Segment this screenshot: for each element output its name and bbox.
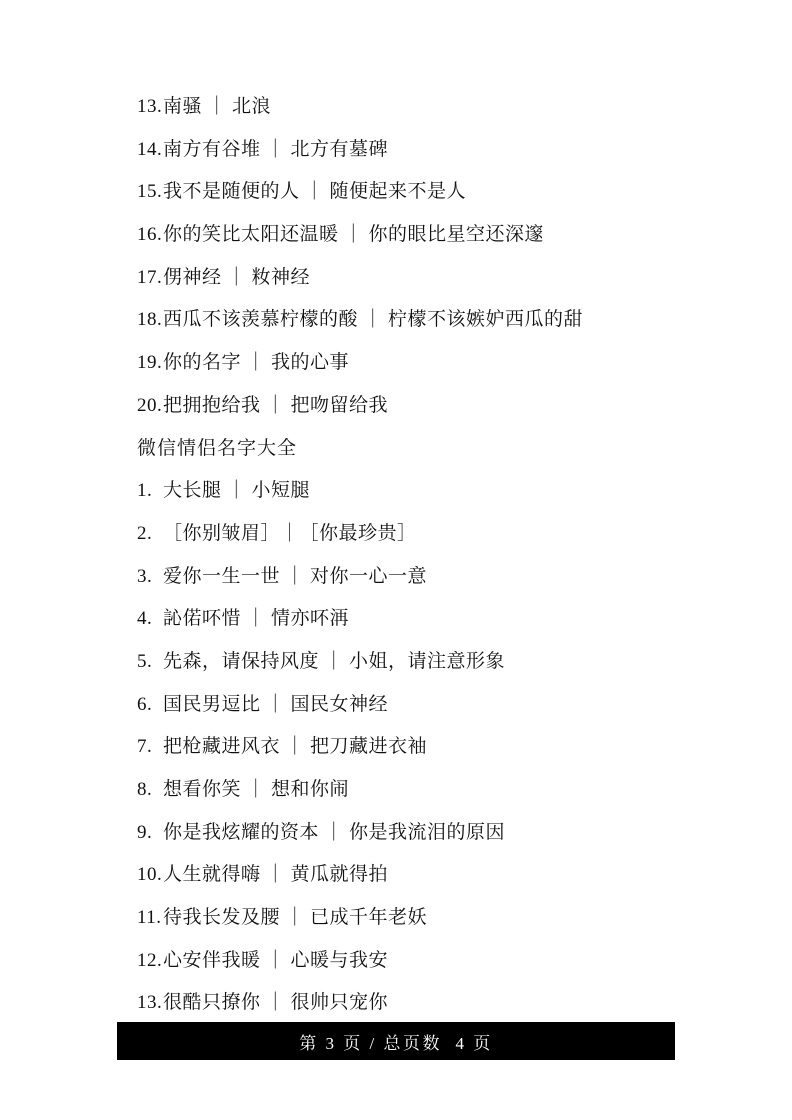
list-item: 8. 想看你笑 ｜ 想和你闹	[137, 779, 742, 801]
list-item-text: 你是我炫耀的资本 ｜ 你是我流泪的原因	[163, 822, 505, 844]
list-item: 5. 先森，请保持风度 ｜ 小姐，请注意形象	[137, 651, 742, 673]
list-item-number: 6.	[137, 694, 163, 716]
list-item-number: 5.	[137, 651, 163, 673]
list-item-text: 待我长发及腰 ｜ 已成千年老妖	[163, 907, 427, 929]
list-item-number: 20.	[137, 395, 163, 417]
list-item-text: 很酷只撩你 ｜ 很帅只宠你	[163, 992, 388, 1014]
list-item: 17. 侽神经 ｜ 籹神经	[137, 267, 742, 289]
list-item: 6. 国民男逗比 ｜ 国民女神经	[137, 694, 742, 716]
list-item-number: 12.	[137, 950, 163, 972]
list-item-text: 心安伴我暖 ｜ 心暖与我安	[163, 950, 388, 972]
list-item-number: 14.	[137, 139, 163, 161]
list-item-number: 7.	[137, 736, 163, 758]
list-item-number: 19.	[137, 352, 163, 374]
document-page: 13. 南骚 ｜ 北浪 14. 南方有谷堆 ｜ 北方有墓碑 15. 我不是随便的…	[0, 0, 792, 1120]
list-item-text: 你的名字 ｜ 我的心事	[163, 352, 349, 374]
list-item-text: 南骚 ｜ 北浪	[163, 96, 271, 118]
list-item: 20. 把拥抱给我 ｜ 把吻留给我	[137, 395, 742, 417]
list-item: 1. 大长腿 ｜ 小短腿	[137, 480, 742, 502]
list-item: 4. 訫偌吥惜 ｜ 情亦吥洅	[137, 608, 742, 630]
list-item-number: 10.	[137, 864, 163, 886]
list-item-number: 3.	[137, 566, 163, 588]
list-item-text: 爱你一生一世 ｜ 对你一心一意	[163, 566, 427, 588]
list-item-text: 大长腿 ｜ 小短腿	[163, 480, 310, 502]
list-item-number: 2.	[137, 523, 163, 545]
list-item-text: 想看你笑 ｜ 想和你闹	[163, 779, 349, 801]
page-footer-bar: 第 3 页 / 总页数 4 页	[117, 1022, 675, 1060]
list-item: 19. 你的名字 ｜ 我的心事	[137, 352, 742, 374]
list-item-text: 国民男逗比 ｜ 国民女神经	[163, 694, 388, 716]
list-item-number: 8.	[137, 779, 163, 801]
document-content: 13. 南骚 ｜ 北浪 14. 南方有谷堆 ｜ 北方有墓碑 15. 我不是随便的…	[137, 96, 742, 1035]
list-item-text: 人生就得嗨 ｜ 黄瓜就得拍	[163, 864, 388, 886]
list-item: 2. ［你别皱眉］｜［你最珍贵］	[137, 523, 742, 545]
list-item-text: ［你别皱眉］｜［你最珍贵］	[163, 523, 417, 545]
list-item: 11. 待我长发及腰 ｜ 已成千年老妖	[137, 907, 742, 929]
list-item-number: 16.	[137, 224, 163, 246]
list-item-number: 15.	[137, 181, 163, 203]
list-item-text: 你的笑比太阳还温暖 ｜ 你的眼比星空还深邃	[163, 224, 544, 246]
section-heading: 微信情侣名字大全	[137, 438, 742, 460]
list-item-number: 4.	[137, 608, 163, 630]
list-item-text: 我不是随便的人 ｜ 随便起来不是人	[163, 181, 466, 203]
list-item-number: 1.	[137, 480, 163, 502]
list-item-number: 13.	[137, 992, 163, 1014]
list-item-number: 9.	[137, 822, 163, 844]
list-item: 13. 南骚 ｜ 北浪	[137, 96, 742, 118]
section-heading-text: 微信情侣名字大全	[137, 438, 297, 460]
list-item: 16. 你的笑比太阳还温暖 ｜ 你的眼比星空还深邃	[137, 224, 742, 246]
list-item: 3. 爱你一生一世 ｜ 对你一心一意	[137, 566, 742, 588]
list-item: 9. 你是我炫耀的资本 ｜ 你是我流泪的原因	[137, 822, 742, 844]
list-item-number: 18.	[137, 309, 163, 331]
page-number-indicator: 第 3 页 / 总页数 4 页	[299, 1029, 492, 1054]
list-item-text: 把拥抱给我 ｜ 把吻留给我	[163, 395, 388, 417]
list-item: 10. 人生就得嗨 ｜ 黄瓜就得拍	[137, 864, 742, 886]
list-item-number: 11.	[137, 907, 163, 929]
list-item-text: 把枪藏进风衣 ｜ 把刀藏进衣袖	[163, 736, 427, 758]
list-item-text: 侽神经 ｜ 籹神经	[163, 267, 310, 289]
list-item: 7. 把枪藏进风衣 ｜ 把刀藏进衣袖	[137, 736, 742, 758]
list-item-text: 訫偌吥惜 ｜ 情亦吥洅	[163, 608, 349, 630]
list-item: 15. 我不是随便的人 ｜ 随便起来不是人	[137, 181, 742, 203]
list-item: 14. 南方有谷堆 ｜ 北方有墓碑	[137, 139, 742, 161]
list-item: 18. 西瓜不该羡慕柠檬的酸 ｜ 柠檬不该嫉妒西瓜的甜	[137, 309, 742, 331]
list-item-text: 南方有谷堆 ｜ 北方有墓碑	[163, 139, 388, 161]
list-item-text: 西瓜不该羡慕柠檬的酸 ｜ 柠檬不该嫉妒西瓜的甜	[163, 309, 583, 331]
list-item: 13. 很酷只撩你 ｜ 很帅只宠你	[137, 992, 742, 1014]
list-item: 12. 心安伴我暖 ｜ 心暖与我安	[137, 950, 742, 972]
list-item-number: 17.	[137, 267, 163, 289]
list-item-text: 先森，请保持风度 ｜ 小姐，请注意形象	[163, 651, 505, 673]
list-item-number: 13.	[137, 96, 163, 118]
